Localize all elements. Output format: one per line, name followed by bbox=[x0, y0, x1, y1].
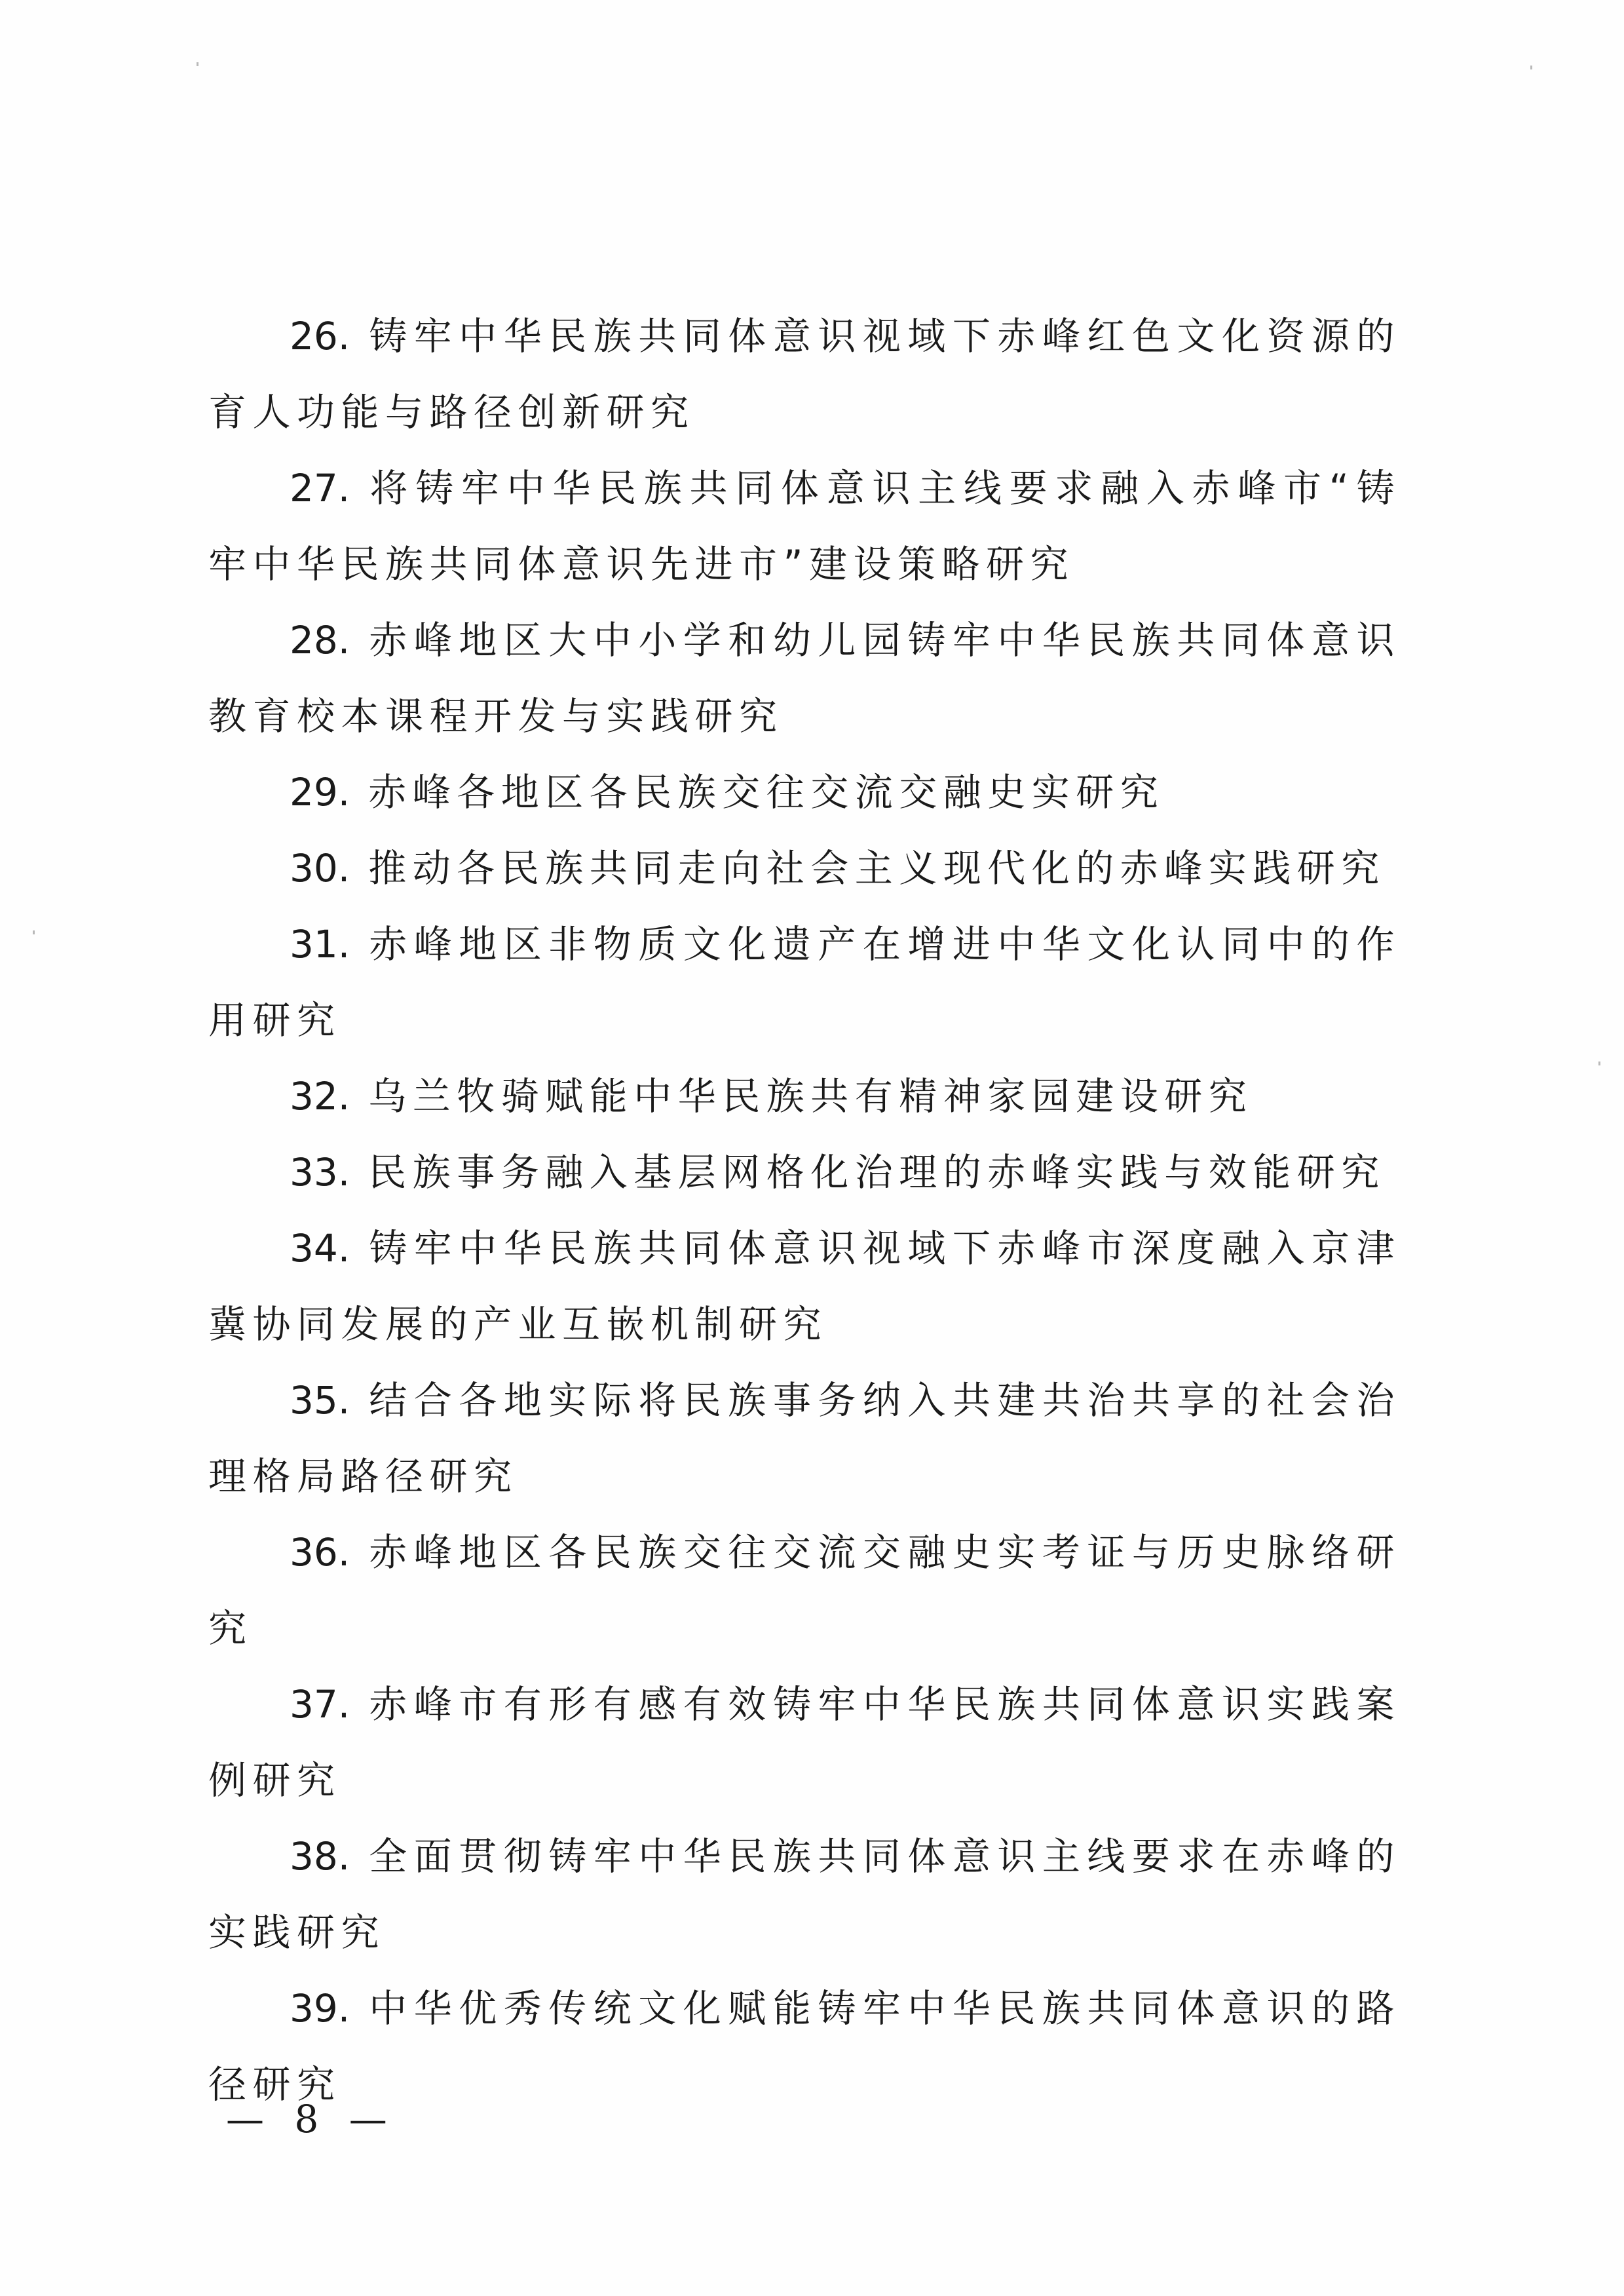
list-item: 32. 乌兰牧骑赋能中华民族共有精神家园建设研究 bbox=[208, 1058, 1401, 1134]
list-item: 30. 推动各民族共同走向社会主义现代化的赤峰实践研究 bbox=[208, 830, 1401, 906]
item-text: 赤峰地区非物质文化遗产在增进中华文化认同中的作用研究 bbox=[208, 922, 1401, 1043]
item-number: 27. bbox=[290, 466, 350, 510]
item-number: 38. bbox=[290, 1834, 350, 1879]
scan-speck bbox=[1598, 1062, 1600, 1065]
item-text: 中华优秀传统文化赋能铸牢中华民族共同体意识的路径研究 bbox=[208, 1986, 1401, 2107]
item-text: 赤峰各地区各民族交往交流交融史实研究 bbox=[368, 770, 1164, 814]
scan-speck bbox=[197, 62, 198, 66]
list-item: 33. 民族事务融入基层网格化治理的赤峰实践与效能研究 bbox=[208, 1134, 1401, 1210]
item-text: 赤峰地区大中小学和幼儿园铸牢中华民族共同体意识教育校本课程开发与实践研究 bbox=[208, 618, 1401, 738]
list-item: 37. 赤峰市有形有感有效铸牢中华民族共同体意识实践案例研究 bbox=[208, 1666, 1401, 1818]
list-item: 34. 铸牢中华民族共同体意识视域下赤峰市深度融入京津冀协同发展的产业互嵌机制研… bbox=[208, 1210, 1401, 1362]
scan-speck bbox=[1530, 66, 1532, 69]
item-text: 赤峰地区各民族交往交流交融史实考证与历史脉络研究 bbox=[208, 1530, 1401, 1651]
item-number: 37. bbox=[290, 1682, 350, 1727]
item-text: 结合各地实际将民族事务纳入共建共治共享的社会治理格局路径研究 bbox=[208, 1378, 1401, 1499]
item-text: 乌兰牧骑赋能中华民族共有精神家园建设研究 bbox=[368, 1074, 1253, 1119]
page-number: — 8 — bbox=[226, 2097, 396, 2141]
list-item: 27. 将铸牢中华民族共同体意识主线要求融入赤峰市“铸牢中华民族共同体意识先进市… bbox=[208, 450, 1401, 602]
list-item: 28. 赤峰地区大中小学和幼儿园铸牢中华民族共同体意识教育校本课程开发与实践研究 bbox=[208, 602, 1401, 754]
item-number: 33. bbox=[290, 1150, 350, 1195]
list-item: 31. 赤峰地区非物质文化遗产在增进中华文化认同中的作用研究 bbox=[208, 906, 1401, 1058]
item-number: 26. bbox=[290, 314, 350, 358]
item-text: 赤峰市有形有感有效铸牢中华民族共同体意识实践案例研究 bbox=[208, 1682, 1401, 1803]
list-item: 29. 赤峰各地区各民族交往交流交融史实研究 bbox=[208, 754, 1401, 830]
item-text: 将铸牢中华民族共同体意识主线要求融入赤峰市“铸牢中华民族共同体意识先进市”建设策… bbox=[208, 466, 1401, 586]
list-item: 35. 结合各地实际将民族事务纳入共建共治共享的社会治理格局路径研究 bbox=[208, 1362, 1401, 1514]
topic-list: 26. 铸牢中华民族共同体意识视域下赤峰红色文化资源的育人功能与路径创新研究 2… bbox=[208, 298, 1401, 2122]
item-text: 民族事务融入基层网格化治理的赤峰实践与效能研究 bbox=[368, 1150, 1386, 1195]
item-text: 全面贯彻铸牢中华民族共同体意识主线要求在赤峰的实践研究 bbox=[208, 1834, 1401, 1955]
item-number: 36. bbox=[290, 1530, 350, 1575]
item-number: 29. bbox=[290, 770, 350, 814]
item-text: 铸牢中华民族共同体意识视域下赤峰红色文化资源的育人功能与路径创新研究 bbox=[208, 314, 1401, 434]
list-item: 38. 全面贯彻铸牢中华民族共同体意识主线要求在赤峰的实践研究 bbox=[208, 1818, 1401, 1970]
item-number: 28. bbox=[290, 618, 350, 662]
document-page: 26. 铸牢中华民族共同体意识视域下赤峰红色文化资源的育人功能与路径创新研究 2… bbox=[0, 0, 1624, 2296]
item-number: 34. bbox=[290, 1226, 350, 1271]
item-text: 推动各民族共同走向社会主义现代化的赤峰实践研究 bbox=[368, 846, 1386, 890]
item-number: 39. bbox=[290, 1986, 350, 2031]
item-text: 铸牢中华民族共同体意识视域下赤峰市深度融入京津冀协同发展的产业互嵌机制研究 bbox=[208, 1226, 1401, 1347]
item-number: 32. bbox=[290, 1074, 350, 1119]
list-item: 26. 铸牢中华民族共同体意识视域下赤峰红色文化资源的育人功能与路径创新研究 bbox=[208, 298, 1401, 450]
scan-speck bbox=[33, 930, 35, 934]
list-item: 36. 赤峰地区各民族交往交流交融史实考证与历史脉络研究 bbox=[208, 1514, 1401, 1666]
item-number: 30. bbox=[290, 846, 350, 890]
item-number: 35. bbox=[290, 1378, 350, 1423]
item-number: 31. bbox=[290, 922, 350, 966]
